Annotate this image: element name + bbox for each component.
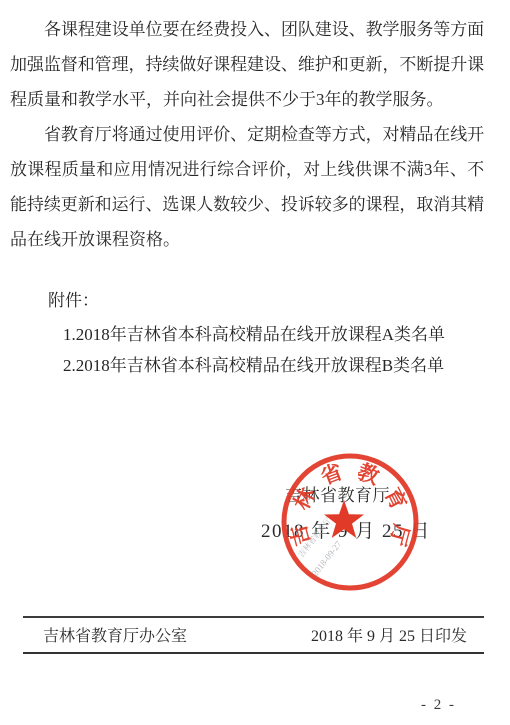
footer-print-date: 2018 年 9 月 25 日印发	[311, 627, 467, 647]
document-page: 各课程建设单位要在经费投入、团队建设、教学服务等方面 加强监督和管理，持续做好课…	[0, 0, 510, 725]
attachment-item-1: 1.2018年吉林省本科高校精品在线开放课程A类名单	[63, 325, 445, 345]
footer-rule-bottom	[23, 652, 484, 654]
footer-office: 吉林省教育厅办公室	[43, 627, 187, 647]
paragraph2-line1: 省教育厅将通过使用评价、定期检查等方式，对精品在线开	[10, 125, 484, 145]
page-number: - 2 -	[421, 696, 456, 714]
paragraph2-line3: 能持续更新和运行、选课人数较少、投诉较多的课程，取消其精	[10, 195, 484, 215]
paragraph1-line3: 程质量和教学水平，并向社会提供不少于3年的教学服务。	[10, 90, 444, 110]
paragraph2-line4: 品在线开放课程资格。	[10, 230, 180, 250]
paragraph2-line2: 放课程质量和应用情况进行综合评价，对上线供课不满3年、不	[10, 160, 484, 180]
seal-char-6: 厅	[385, 521, 414, 548]
footer-rule-top	[23, 616, 484, 618]
attachment-item-2: 2.2018年吉林省本科高校精品在线开放课程B类名单	[63, 356, 444, 376]
paragraph1-line1: 各课程建设单位要在经费投入、团队建设、教学服务等方面	[10, 20, 484, 40]
attachments-label: 附件：	[48, 291, 99, 311]
official-seal: 吉 林 省 教 育 厅 吉林省教育厅 2018-09-27	[268, 440, 433, 605]
paragraph1-line2: 加强监督和管理，持续做好课程建设、维护和更新，不断提升课	[10, 55, 484, 75]
